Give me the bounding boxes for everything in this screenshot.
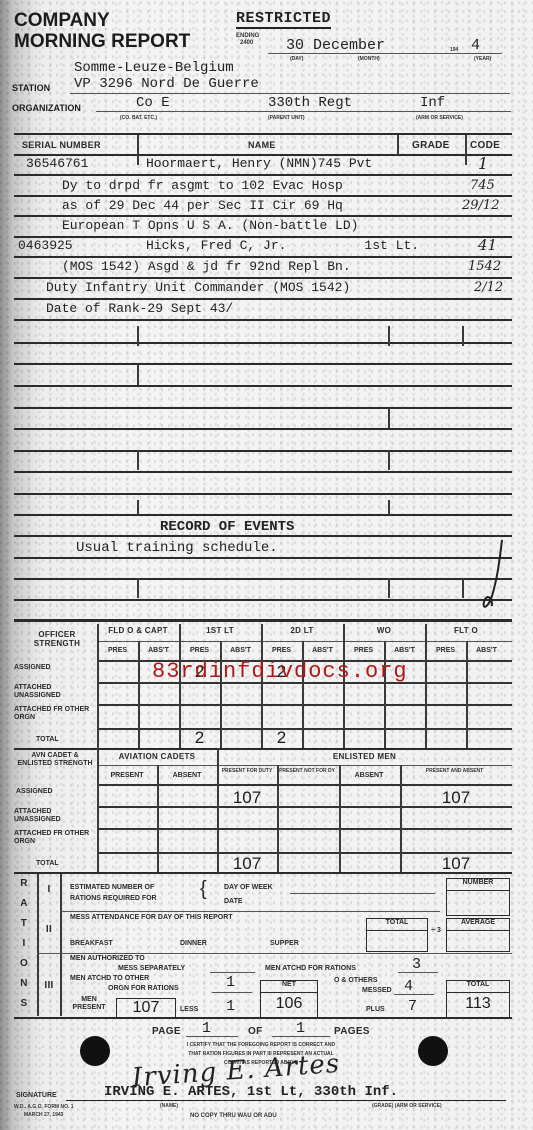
row-label-assigned: ASSIGNED (16, 788, 53, 795)
row-label-assigned: ASSIGNED (14, 664, 51, 671)
number-label: NUMBER (447, 879, 509, 891)
grid-divider (466, 641, 468, 748)
entry-line: as of 29 Dec 44 per Sec II Cir 69 Hq (62, 198, 343, 213)
record-of-events-text: Usual training schedule. (76, 540, 278, 556)
rations-total-label: TOTAL (447, 981, 509, 993)
officer-strength-title-1: OFFICER (18, 630, 96, 639)
value-line (394, 994, 434, 995)
subcol-present: PRESENT (97, 772, 157, 779)
mess-total-label: TOTAL (367, 919, 427, 931)
row-rule (14, 277, 512, 279)
officer-strength-title: OFFICER STRENGTH (18, 630, 96, 648)
section-rule (37, 953, 512, 954)
net-label: NET (261, 981, 317, 993)
less-value: 1 (226, 998, 235, 1015)
pages-line (272, 1036, 330, 1037)
subcol-pres: PRES (261, 647, 302, 654)
grid-divider (384, 641, 386, 748)
group-header: WO (343, 626, 425, 635)
atchd-other-label-2: ORGN FOR RATIONS (108, 985, 179, 992)
entry-line: Duty Infantry Unit Commander (MOS 1542) (46, 280, 350, 295)
section-i-label-1: ESTIMATED NUMBER OF (70, 882, 157, 893)
total-2d-lt-pres: 2 (261, 728, 302, 748)
label-co: (CO. BAT. ETC.) (120, 115, 157, 121)
entry-line: Hicks, Fred C, Jr. 1st Lt. (146, 238, 419, 253)
station-underline (70, 93, 510, 94)
plus-label: PLUS (366, 1006, 385, 1013)
section-i-label: ESTIMATED NUMBER OF RATIONS REQUIRED FOR (70, 882, 157, 904)
subcol-pres: PRES (97, 647, 138, 654)
label-year: (YEAR) (474, 56, 491, 62)
grid-divider (339, 765, 341, 872)
page-number: 1 (202, 1020, 211, 1037)
rations-divider (37, 874, 39, 1016)
form-title: COMPANY MORNING REPORT (14, 10, 190, 52)
watermark-text: 83rdinfdivdocs.org (152, 659, 408, 684)
blank-rule (14, 407, 512, 409)
col-divider (388, 500, 390, 515)
row-rule (14, 557, 512, 559)
col-divider (137, 500, 139, 515)
section-ii-numeral: II (38, 924, 60, 935)
code-mark: 29/12 (462, 198, 499, 213)
rations-letter: O (14, 958, 34, 969)
subcol-abst: ABS'T (466, 647, 507, 654)
entry-line: Hoormaert, Henry (NMN)745 Pvt (146, 156, 372, 171)
grid-rule (97, 828, 512, 830)
station-value: VP 3296 Nord De Guerre (74, 76, 259, 92)
label-arm: (ARM OR SERVICE) (416, 115, 463, 121)
supper-label: SUPPER (270, 940, 299, 947)
men-atchd-rations-label: MEN ATCHD FOR RATIONS (265, 965, 356, 972)
mess-total-box: TOTAL (366, 918, 428, 952)
subcol-pres: PRES (343, 647, 384, 654)
col-divider (388, 408, 390, 428)
row-label-total: TOTAL (36, 860, 59, 867)
form-identifier: W.D., A.G.O. FORM NO. 1 MARCH 27, 1943 (14, 1103, 74, 1119)
rations-side-label: R A T I O N S (14, 874, 36, 1016)
atchd-other-label-1: MEN ATCHD TO OTHER (70, 975, 149, 982)
rations-total-value: 113 (447, 993, 509, 1015)
entry-line: European T Opns U S A. (Non-battle LD) (62, 218, 358, 233)
group-header: 2D LT (261, 626, 343, 635)
label-parent: (PARENT UNIT) (268, 115, 305, 121)
group-header: FLD O & CAPT (97, 626, 179, 635)
subcol-abst: ABS'T (384, 647, 425, 654)
subcol-abst: ABS'T (302, 647, 343, 654)
row-rule (14, 256, 512, 258)
code-mark: 2/12 (474, 280, 503, 295)
section-i-label-2: RATIONS REQUIRED FOR (70, 893, 157, 904)
of-label: OF (248, 1026, 263, 1037)
grid-rule (97, 784, 512, 786)
pages-label: PAGES (334, 1026, 370, 1037)
col-header-serial: SERIAL NUMBER (22, 140, 101, 150)
mess-attendance-title: MESS ATTENDANCE FOR DAY OF THIS REPORT (70, 914, 233, 921)
date-label: DATE (224, 898, 243, 905)
subcol-pres: PRES (179, 647, 220, 654)
blank-rule (14, 428, 512, 430)
grid-rule (97, 704, 512, 706)
enlisted-strength-grid: AVIATION CADETS ENLISTED MEN PRESENT ABS… (97, 748, 512, 872)
col-divider (137, 135, 139, 165)
grid-divider (97, 624, 99, 748)
page-line (186, 1036, 238, 1037)
rations-letter: N (14, 978, 34, 989)
col-divider (462, 326, 464, 346)
year-prefix: 194 (450, 47, 458, 53)
label-month: (MONTH) (358, 56, 380, 62)
col-divider (137, 450, 139, 470)
org-company: Co E (136, 95, 170, 111)
punch-hole-right (418, 1036, 448, 1066)
day-of-week-label: DAY OF WEEK (224, 884, 273, 891)
page-label: PAGE (152, 1026, 181, 1037)
station-location: Somme-Leuze-Belgium (74, 60, 234, 76)
section-i-numeral: I (38, 884, 60, 895)
handwritten-initial-mark (478, 536, 508, 616)
morning-report-page: COMPANY MORNING REPORT RESTRICTED ENDING… (0, 0, 533, 1130)
value-line (212, 992, 252, 993)
col-divider (137, 365, 139, 385)
col-divider (465, 135, 467, 165)
org-parent-unit: 330th Regt (268, 95, 352, 111)
others-messed-label-2: MESSED (362, 987, 392, 994)
col-divider (388, 578, 390, 598)
plus-value: 7 (408, 998, 417, 1015)
brace-icon: { (200, 878, 207, 901)
men-present-value: 107 (117, 999, 175, 1017)
assigned-present-and-absent: 107 (400, 788, 512, 808)
code-mark: 745 (470, 178, 495, 193)
average-box: AVERAGE (446, 918, 510, 952)
form-id-2: MARCH 27, 1943 (14, 1111, 74, 1119)
certify-line-1: I CERTIFY THAT THE FOREGOING REPORT IS C… (136, 1041, 386, 1050)
mess-separately-label-2: MESS SEPARATELY (118, 965, 185, 972)
group-header: FLT O (425, 626, 507, 635)
table-top-rule (14, 133, 512, 135)
divide-by-three: ÷ 3 (430, 926, 442, 936)
row-rule (14, 195, 512, 197)
row-rule (14, 599, 512, 601)
enlisted-men-header: ENLISTED MEN (217, 752, 512, 761)
subcol-pres: PRES (425, 647, 466, 654)
entry-line: Dy to drpd fr asgmt to 102 Evac Hosp (62, 178, 343, 193)
subcol-abst: ABS'T (138, 647, 179, 654)
signer-name: IRVING E. ARTES, 1st Lt, 330th Inf. (104, 1084, 398, 1100)
rations-letter: R (14, 878, 34, 889)
row-label-total: TOTAL (36, 736, 59, 743)
subcol-present-and-absent: PRESENT AND ABSENT (402, 768, 507, 775)
blank-rule (14, 342, 512, 344)
row-label-attached-other: ATTACHED FR OTHER ORGN (14, 830, 94, 846)
row-rule (14, 535, 512, 537)
subcol-present-for-duty: PRESENT FOR DUTY (219, 768, 275, 775)
organization-label: ORGANIZATION (12, 103, 81, 113)
label-day: (DAY) (290, 56, 303, 62)
row-rule (14, 298, 512, 300)
grade-caption: (GRADE) (ARM OR SERVICE) (372, 1103, 442, 1109)
men-present-label: MEN PRESENT (66, 996, 112, 1012)
col-divider (397, 135, 399, 155)
subcol-absent-em: ABSENT (339, 772, 399, 779)
rations-divider (60, 874, 62, 1016)
rations-letter: S (14, 998, 34, 1009)
col-header-grade: GRADE (412, 140, 450, 151)
grid-divider (157, 765, 159, 872)
grid-rule (97, 641, 512, 642)
men-atchd-rations-value: 3 (412, 956, 421, 973)
others-messed-label-1: O & OTHERS (334, 977, 378, 984)
col-divider (137, 578, 139, 598)
row-rule (14, 578, 512, 580)
mess-separately-label-1: MEN AUTHORIZED TO (70, 955, 145, 962)
entry-line: Date of Rank-29 Sept 43/ (46, 301, 233, 316)
net-value: 106 (261, 993, 317, 1015)
average-label: AVERAGE (447, 919, 509, 931)
blank-rule (14, 385, 512, 387)
subcol-abst: ABS'T (220, 647, 261, 654)
rations-total-box: TOTAL 113 (446, 980, 510, 1018)
name-caption: (NAME) (160, 1103, 178, 1109)
section-iii-numeral: III (38, 980, 60, 991)
net-box: NET 106 (260, 980, 318, 1018)
officer-strength-title-2: STRENGTH (18, 639, 96, 648)
mess-separately-line (210, 972, 255, 973)
report-year-digit: 4 (471, 37, 480, 54)
grid-divider (277, 765, 279, 872)
blank-rule (14, 471, 512, 473)
grid-divider (97, 748, 99, 872)
aviation-cadets-header: AVIATION CADETS (97, 752, 217, 761)
blank-rule (14, 363, 512, 365)
officer-strength-grid: FLD O & CAPT 1ST LT 2D LT WO FLT O PRES … (97, 624, 512, 748)
assigned-present-for-duty: 107 (217, 788, 277, 808)
subcol-absent: ABSENT (157, 772, 217, 779)
day-of-week-line (290, 893, 435, 894)
year-underline (462, 53, 502, 54)
rations-letter: I (14, 938, 34, 949)
total-pages: 1 (296, 1020, 305, 1037)
entry-line: (MOS 1542) Asgd & jd fr 92nd Repl Bn. (62, 259, 351, 274)
row-rule (14, 319, 512, 321)
col-divider (388, 326, 390, 346)
section-rule (14, 872, 512, 874)
col-divider (388, 450, 390, 470)
ending-label-1: ENDING (236, 33, 259, 40)
col-header-name: NAME (248, 140, 276, 150)
dinner-label: DINNER (180, 940, 207, 947)
form-id-1: W.D., A.G.O. FORM NO. 1 (14, 1103, 74, 1111)
blank-rule (14, 493, 512, 495)
grid-divider (220, 641, 222, 748)
blank-rule (14, 514, 512, 516)
section-rule (60, 911, 440, 912)
enlisted-strength-title: AVN CADET & ENLISTED STRENGTH (14, 752, 96, 768)
code-mark: 1 (478, 154, 488, 173)
total-present-and-absent: 107 (400, 854, 512, 874)
org-arm: Inf (420, 95, 445, 111)
breakfast-label: BREAKFAST (70, 940, 113, 947)
total-1st-lt-pres: 2 (179, 728, 220, 748)
subcol-present-not-for-duty: PRESENT NOT FOR DY (277, 768, 337, 775)
serial-number: 36546761 (26, 156, 88, 171)
serial-number: 0463925 (18, 238, 73, 253)
grid-divider (302, 641, 304, 748)
value-line (398, 972, 438, 973)
code-mark: 41 (478, 236, 497, 254)
form-title-line2: MORNING REPORT (14, 31, 190, 52)
distribution-note: NO COPY THRU WAU OR ADU (190, 1113, 277, 1119)
rations-letter: T (14, 918, 34, 929)
row-label-attached-unassigned: ATTACHED UNASSIGNED (14, 808, 94, 824)
men-present-box: 107 (116, 998, 176, 1018)
section-rule (14, 619, 512, 622)
org-underline (96, 111, 511, 112)
col-header-code: CODE (470, 140, 500, 151)
grid-divider (343, 624, 345, 748)
col-divider (137, 326, 139, 346)
number-box: NUMBER (446, 878, 510, 916)
grid-rule (97, 728, 512, 730)
others-messed-value: 4 (404, 978, 413, 995)
signature-line (66, 1100, 506, 1101)
group-header: 1ST LT (179, 626, 261, 635)
signature-label: SIGNATURE (16, 1092, 57, 1099)
grid-divider (425, 624, 427, 748)
grid-rule (97, 765, 512, 766)
rations-letter: A (14, 898, 34, 909)
report-date: 30 December (286, 37, 385, 54)
atchd-other-value: 1 (226, 974, 235, 991)
code-mark: 1542 (468, 259, 501, 274)
punch-hole-left (80, 1036, 110, 1066)
row-rule (14, 174, 512, 176)
total-present-for-duty: 107 (217, 854, 277, 874)
row-rule (14, 215, 512, 217)
col-divider (462, 578, 464, 598)
row-label-attached-other: ATTACHED FR OTHER ORGN (14, 706, 94, 722)
ending-label: ENDING 2400 (236, 33, 259, 47)
station-label: STATION (12, 83, 50, 93)
less-label: LESS (180, 1006, 198, 1013)
ending-label-2: 2400 (236, 40, 259, 47)
row-label-attached-unassigned: ATTACHED UNASSIGNED (14, 684, 94, 700)
form-title-line1: COMPANY (14, 10, 190, 31)
section-rule (14, 1017, 512, 1019)
blank-rule (14, 450, 512, 452)
classification-stamp: RESTRICTED (236, 10, 331, 29)
grid-divider (138, 641, 140, 748)
